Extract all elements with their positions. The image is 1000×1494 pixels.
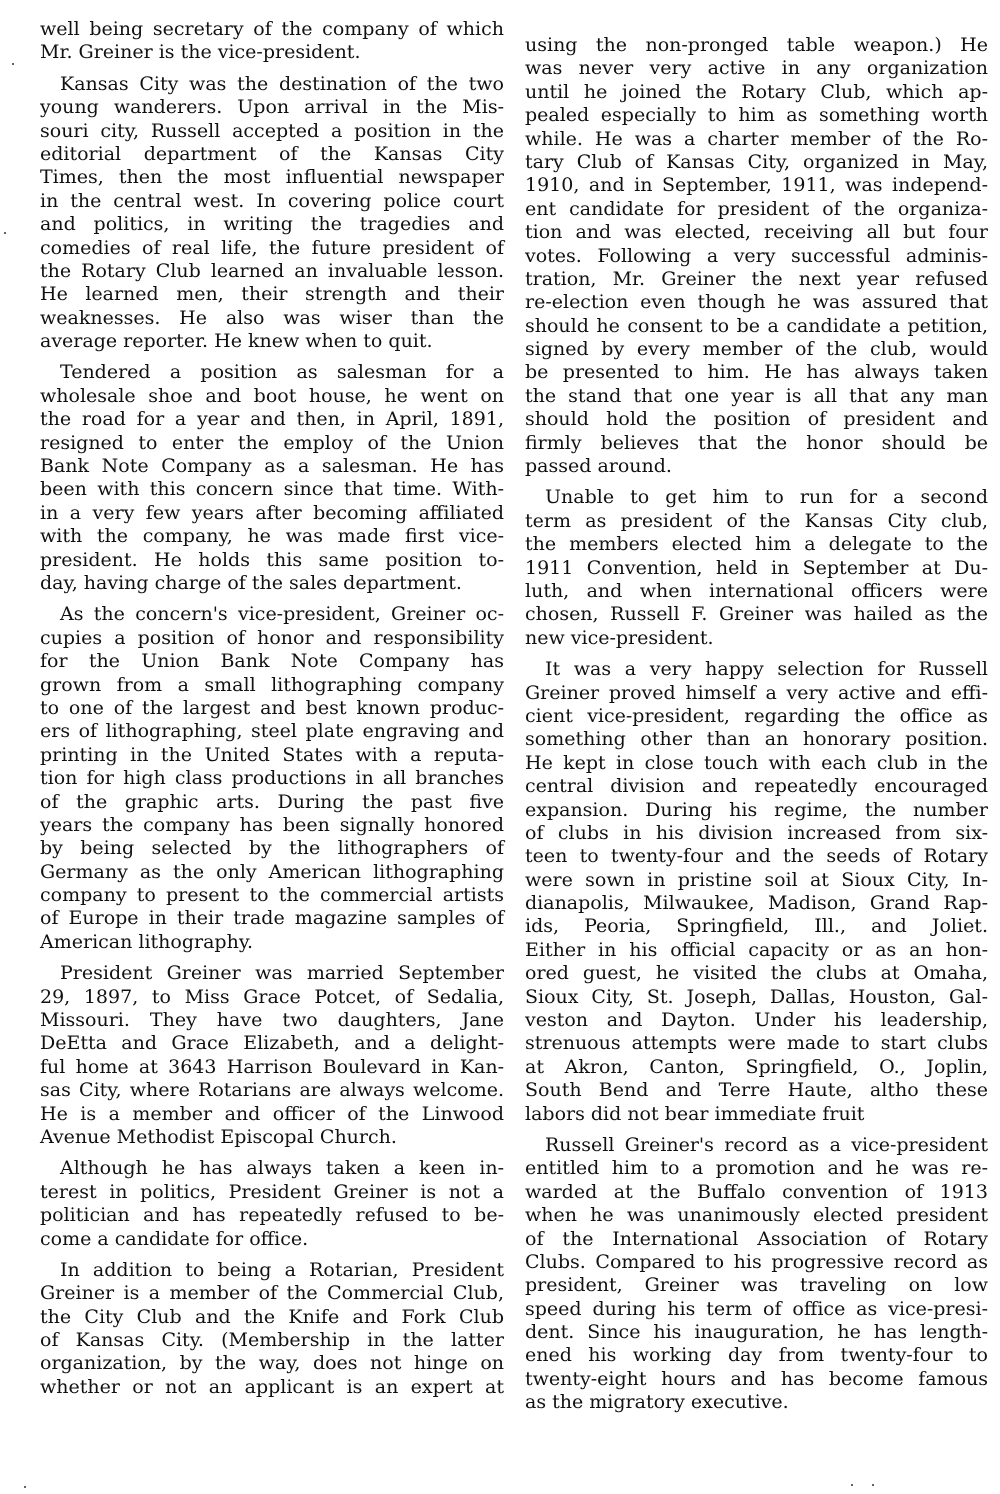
text-line: 29, 1897, to Miss Grace Potcet, of Sedal… (40, 986, 504, 1009)
scanned-page: well being secretary of the company of w… (0, 0, 1000, 1494)
text-line: ids, Peoria, Springfield, Ill., and Joli… (525, 915, 988, 938)
text-line: grown from a small lithographing company (40, 674, 504, 697)
text-line: dianapolis, Milwaukee, Madison, Grand Ra… (525, 892, 988, 915)
text-line: terest in politics, President Greiner is… (40, 1181, 504, 1204)
scan-speck (12, 63, 14, 65)
text-line: Bank Note Company as a salesman. He has (40, 455, 504, 478)
text-line: until he joined the Rotary Club, which a… (525, 81, 988, 104)
text-line: of Europe in their trade magazine sample… (40, 907, 504, 930)
text-line: in the central west. In covering police … (40, 190, 504, 213)
text-line: Russell Greiner's record as a vice-presi… (525, 1134, 988, 1157)
text-line: tary Club of Kansas City, organized in M… (525, 151, 988, 174)
text-line: ened his working day from twenty-four to (525, 1344, 988, 1367)
text-line: Mr. Greiner is the vice-president. (40, 41, 504, 64)
text-line: to one of the largest and best known pro… (40, 697, 504, 720)
text-line: firmly believes that the honor should be (525, 432, 988, 455)
text-line: of clubs in his division increased from … (525, 822, 988, 845)
text-line: was never very active in any organizatio… (525, 57, 988, 80)
text-line: editorial department of the Kansas City (40, 143, 504, 166)
text-line: comedies of real life, the future presid… (40, 237, 504, 260)
text-line: new vice-president. (525, 627, 988, 650)
text-line: signed by every member of the club, woul… (525, 338, 988, 361)
text-line: the City Club and the Knife and Fork Clu… (40, 1306, 504, 1329)
text-line: Germany as the only American lithographi… (40, 861, 504, 884)
text-line: Unable to get him to run for a second (525, 486, 988, 509)
text-line: ent candidate for president of the organ… (525, 198, 988, 221)
text-line: come a candidate for office. (40, 1228, 504, 1251)
text-line: young wanderers. Upon arrival in the Mis… (40, 96, 504, 119)
text-line: weaknesses. He also was wiser than the (40, 307, 504, 330)
text-line: American lithography. (40, 931, 504, 954)
scan-speck (24, 1486, 26, 1488)
text-line: using the non-pronged table weapon.) He (525, 34, 988, 57)
scan-speck (872, 1484, 874, 1486)
text-line: of the International Association of Rota… (525, 1228, 988, 1251)
text-line: and politics, in writing the tragedies a… (40, 213, 504, 236)
text-line: pealed especially to him as something wo… (525, 104, 988, 127)
text-line: years the company has been signally hono… (40, 814, 504, 837)
text-line: president. He holds this same position t… (40, 549, 504, 572)
text-line: tion for high class productions in all b… (40, 767, 504, 790)
text-line: veston and Dayton. Under his leadership, (525, 1009, 988, 1032)
text-line: He kept in close touch with each club in… (525, 752, 988, 775)
paragraph: Russell Greiner's record as a vice-presi… (525, 1134, 988, 1415)
text-line: ored guest, he visited the clubs at Omah… (525, 962, 988, 985)
text-line: of Kansas City. (Membership in the latte… (40, 1329, 504, 1352)
text-line: luth, and when international officers we… (525, 580, 988, 603)
paragraph: Tendered a position as salesman for awho… (40, 361, 504, 595)
text-line: be presented to him. He has always taken (525, 361, 988, 384)
text-line: sas City, where Rotarians are always wel… (40, 1079, 504, 1102)
text-line: been with this concern since that time. … (40, 478, 504, 501)
text-line: souri city, Russell accepted a position … (40, 120, 504, 143)
text-line: dent. Since his inauguration, he has len… (525, 1321, 988, 1344)
text-line: of the graphic arts. During the past fiv… (40, 791, 504, 814)
text-line: with the company, he was made first vice… (40, 525, 504, 548)
text-line: Missouri. They have two daughters, Jane (40, 1009, 504, 1032)
text-line: the stand that one year is all that any … (525, 385, 988, 408)
text-line: at Akron, Canton, Springfield, O., Jopli… (525, 1056, 988, 1079)
text-line: re-election even though he was assured t… (525, 291, 988, 314)
paragraph: Unable to get him to run for a secondter… (525, 486, 988, 650)
text-line: something other than an honorary positio… (525, 728, 988, 751)
text-line: votes. Following a very successful admin… (525, 245, 988, 268)
text-line: In addition to being a Rotarian, Preside… (40, 1259, 504, 1282)
text-line: day, having charge of the sales departme… (40, 572, 504, 595)
text-line: Greiner proved himself a very active and… (525, 682, 988, 705)
text-line: teen to twenty-four and the seeds of Rot… (525, 845, 988, 868)
text-line: Times, then the most influential newspap… (40, 166, 504, 189)
text-line: Sioux City, St. Joseph, Dallas, Houston,… (525, 986, 988, 1009)
text-line: resigned to enter the employ of the Unio… (40, 432, 504, 455)
text-line: As the concern's vice-president, Greiner… (40, 603, 504, 626)
paragraph: Kansas City was the destination of the t… (40, 73, 504, 354)
text-line: should hold the position of president an… (525, 408, 988, 431)
right-column: using the non-pronged table weapon.) Hew… (525, 34, 988, 1415)
text-line: Although he has always taken a keen in- (40, 1157, 504, 1180)
text-line: South Bend and Terre Haute, altho these (525, 1079, 988, 1102)
text-line: should he consent to be a candidate a pe… (525, 315, 988, 338)
text-line: printing in the United States with a rep… (40, 744, 504, 767)
paragraph: As the concern's vice-president, Greiner… (40, 603, 504, 954)
text-line: organization, by the way, does not hinge… (40, 1352, 504, 1375)
text-line: entitled him to a promotion and he was r… (525, 1157, 988, 1180)
text-line: company to present to the commercial art… (40, 884, 504, 907)
text-line: strenuous attempts were made to start cl… (525, 1032, 988, 1055)
paragraph: In addition to being a Rotarian, Preside… (40, 1259, 504, 1399)
text-line: 1910, and in September, 1911, was indepe… (525, 174, 988, 197)
text-line: president, Greiner was traveling on low (525, 1274, 988, 1297)
text-line: DeEtta and Grace Elizabeth, and a deligh… (40, 1032, 504, 1055)
text-line: President Greiner was married September (40, 962, 504, 985)
text-line: central division and repeatedly encourag… (525, 775, 988, 798)
text-line: warded at the Buffalo convention of 1913 (525, 1181, 988, 1204)
text-line: politician and has repeatedly refused to… (40, 1204, 504, 1227)
text-line: wholesale shoe and boot house, he went o… (40, 385, 504, 408)
text-line: cient vice-president, regarding the offi… (525, 705, 988, 728)
paragraph: well being secretary of the company of w… (40, 18, 504, 65)
text-line: He learned men, their strength and their (40, 283, 504, 306)
text-line: Avenue Methodist Episcopal Church. (40, 1126, 504, 1149)
text-line: while. He was a charter member of the Ro… (525, 128, 988, 151)
text-line: tion and was elected, receiving all but … (525, 221, 988, 244)
text-line: the members elected him a delegate to th… (525, 533, 988, 556)
text-line: expansion. During his regime, the number (525, 799, 988, 822)
paragraph: using the non-pronged table weapon.) Hew… (525, 34, 988, 478)
text-line: speed during his term of office as vice-… (525, 1298, 988, 1321)
text-line: labors did not bear immediate fruit (525, 1103, 988, 1126)
text-line: Clubs. Compared to his progressive recor… (525, 1251, 988, 1274)
text-line: whether or not an applicant is an expert… (40, 1376, 504, 1399)
text-line: ful home at 3643 Harrison Boulevard in K… (40, 1056, 504, 1079)
text-line: passed around. (525, 455, 988, 478)
text-line: He is a member and officer of the Linwoo… (40, 1103, 504, 1126)
text-line: well being secretary of the company of w… (40, 18, 504, 41)
scan-speck (851, 1484, 853, 1486)
text-line: Either in his official capacity or as an… (525, 939, 988, 962)
text-line: for the Union Bank Note Company has (40, 650, 504, 673)
text-line: Tendered a position as salesman for a (40, 361, 504, 384)
text-line: the Rotary Club learned an invaluable le… (40, 260, 504, 283)
paragraph: Although he has always taken a keen in-t… (40, 1157, 504, 1251)
left-column: well being secretary of the company of w… (40, 18, 504, 1399)
text-line: 1911 Convention, held in September at Du… (525, 557, 988, 580)
text-line: the road for a year and then, in April, … (40, 408, 504, 431)
text-line: average reporter. He knew when to quit. (40, 330, 504, 353)
text-line: ers of lithographing, steel plate engrav… (40, 720, 504, 743)
scan-speck (4, 232, 6, 234)
text-line: were sown in pristine soil at Sioux City… (525, 869, 988, 892)
text-line: tration, Mr. Greiner the next year refus… (525, 268, 988, 291)
text-line: Kansas City was the destination of the t… (40, 73, 504, 96)
text-line: cupies a position of honor and responsib… (40, 627, 504, 650)
text-line: Greiner is a member of the Commercial Cl… (40, 1282, 504, 1305)
paragraph: It was a very happy selection for Russel… (525, 658, 988, 1126)
text-line: in a very few years after becoming affil… (40, 502, 504, 525)
text-line: when he was unanimously elected presiden… (525, 1204, 988, 1227)
text-line: term as president of the Kansas City clu… (525, 510, 988, 533)
paragraph: President Greiner was married September2… (40, 962, 504, 1149)
text-line: by being selected by the lithographers o… (40, 837, 504, 860)
text-line: twenty-eight hours and has become famous (525, 1368, 988, 1391)
text-line: chosen, Russell F. Greiner was hailed as… (525, 603, 988, 626)
text-line: as the migratory executive. (525, 1391, 988, 1414)
text-line: It was a very happy selection for Russel… (525, 658, 988, 681)
